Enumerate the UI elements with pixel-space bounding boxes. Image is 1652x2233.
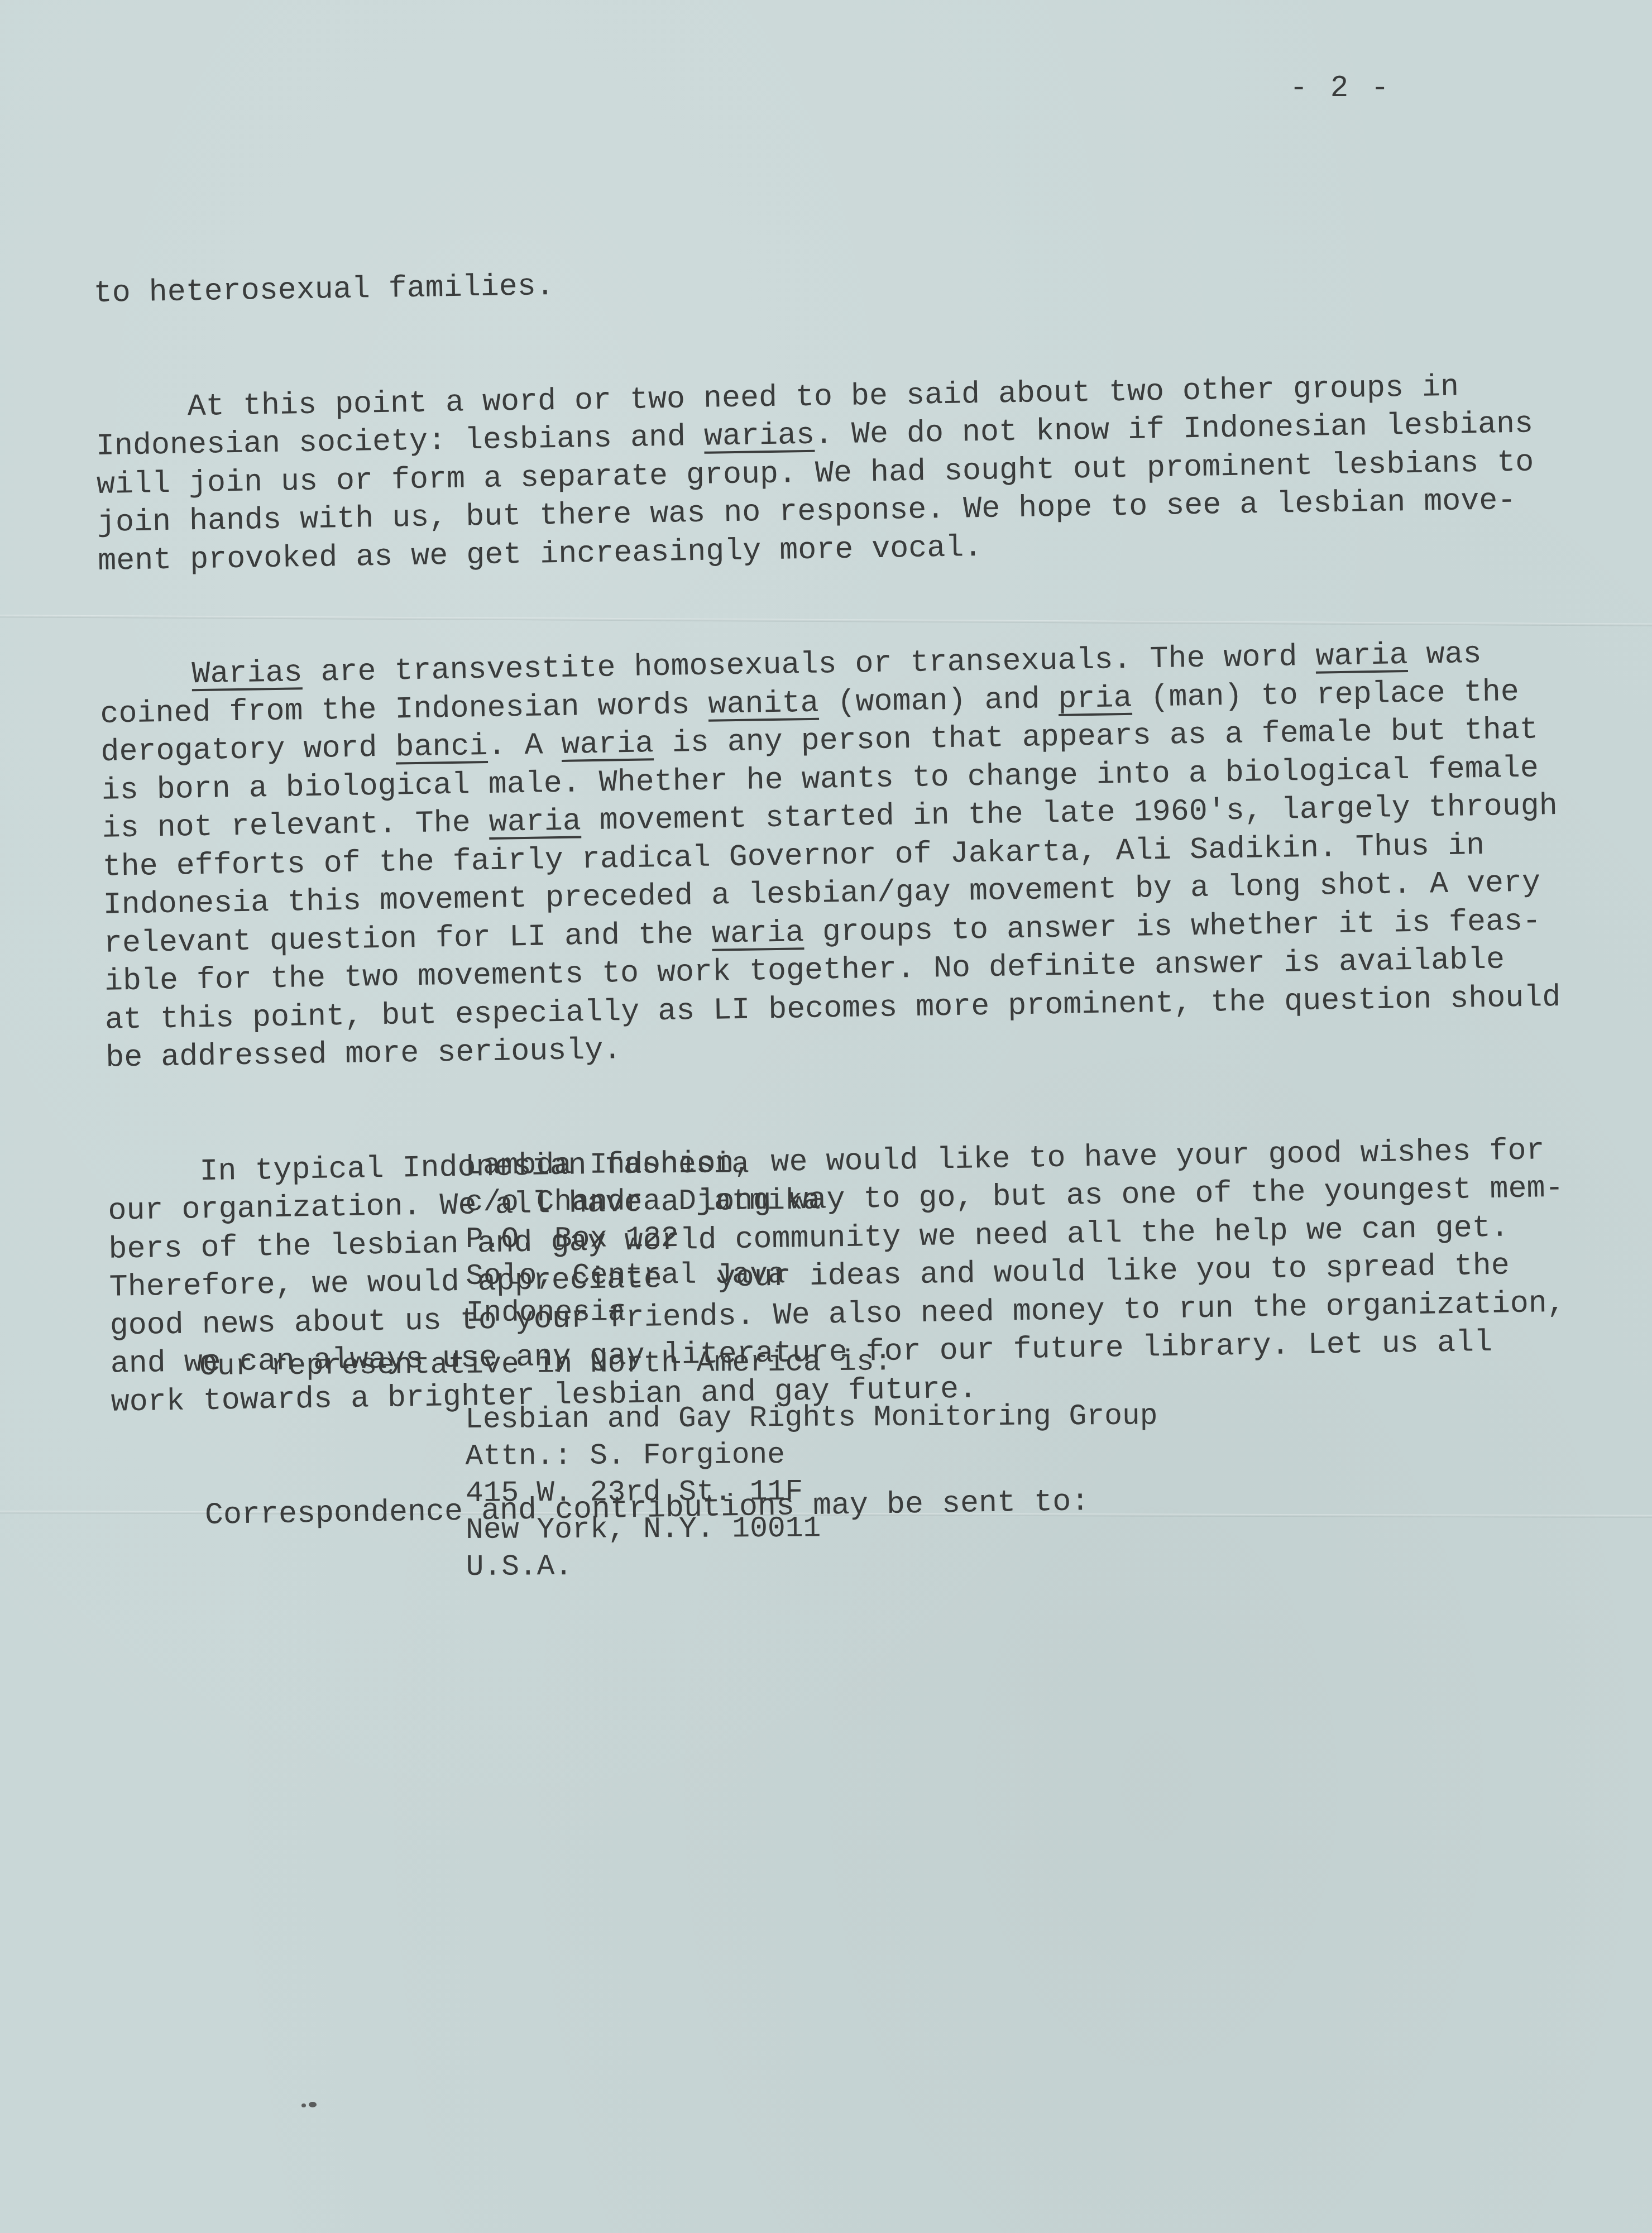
underlined-term: banci bbox=[395, 729, 488, 765]
paragraph-other-groups: At this point a word or two need to be s… bbox=[95, 366, 1616, 581]
address-line: Lambda Indonesia bbox=[465, 1146, 820, 1184]
address-line: New York, N.Y. 10011 bbox=[466, 1508, 1158, 1549]
underlined-term: Warias bbox=[191, 655, 303, 692]
address-line: c/o Chandra Djatmika bbox=[465, 1182, 820, 1221]
underlined-term: wanita bbox=[708, 685, 819, 722]
address-line: Attn.: S. Forgione bbox=[465, 1435, 1158, 1475]
address-line: Lesbian and Gay Rights Monitoring Group bbox=[465, 1398, 1158, 1438]
address-line: P.O. Box 122 bbox=[466, 1219, 821, 1258]
address-line: Indonesia bbox=[466, 1293, 821, 1331]
text-line: to heterosexual families. bbox=[93, 251, 1612, 313]
ink-speck bbox=[309, 2102, 317, 2107]
representative-label: Our representative in North America is: bbox=[199, 1345, 892, 1383]
address-line: 415 W. 23rd St. 11F bbox=[466, 1472, 1158, 1512]
paragraph-continuation: to heterosexual families. bbox=[93, 251, 1612, 313]
ink-speck bbox=[301, 2103, 306, 2107]
underlined-term: pria bbox=[1058, 680, 1132, 716]
underlined-term: waria bbox=[489, 803, 581, 840]
paragraph-warias: Warias are transvestite homosexuals or t… bbox=[99, 633, 1625, 1077]
address-lambda-indonesia: Lambda Indonesiac/o Chandra DjatmikaP.O.… bbox=[465, 1146, 821, 1331]
page-number: - 2 - bbox=[1290, 71, 1391, 106]
address-line: U.S.A. bbox=[466, 1545, 1158, 1585]
underlined-term: warias bbox=[704, 418, 815, 454]
address-line: Solo, Central Java bbox=[466, 1256, 821, 1295]
address-north-america: Lesbian and Gay Rights Monitoring GroupA… bbox=[465, 1398, 1158, 1585]
underlined-term: waria bbox=[1315, 638, 1408, 674]
underlined-term: waria bbox=[712, 915, 805, 952]
underlined-term: waria bbox=[561, 726, 654, 763]
